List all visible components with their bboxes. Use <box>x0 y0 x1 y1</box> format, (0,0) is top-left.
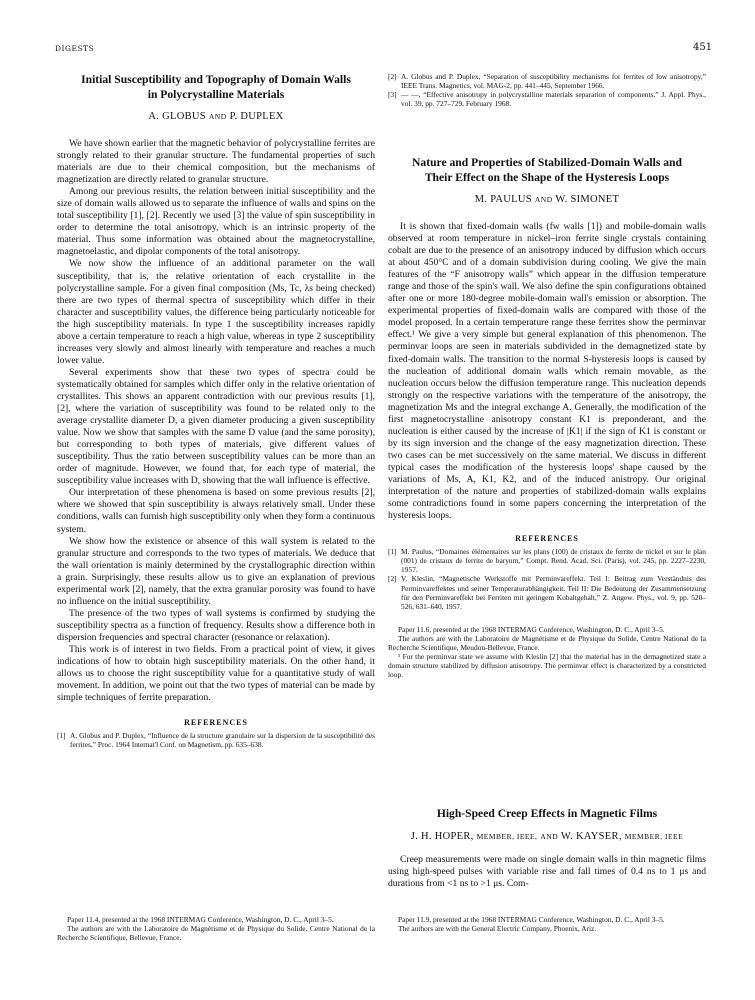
footnote: The authors are with the Laboratoire de … <box>388 634 706 652</box>
reference-item: [2] A. Globus and P. Duplex, “Separation… <box>388 72 706 90</box>
references-section: REFERENCES [1] M. Paulus, “Domaines élém… <box>388 534 706 611</box>
article-body: We have shown earlier that the magnetic … <box>57 138 375 704</box>
running-head: DIGESTS <box>55 44 94 53</box>
paragraph: We show how the existence or absence of … <box>57 536 375 608</box>
article-hoper-kayser: High-Speed Creep Effects in Magnetic Fil… <box>388 806 706 890</box>
article-title: Initial Susceptibility and Topography of… <box>57 72 375 102</box>
paragraph: It is shown that fixed-domain walls (fw … <box>388 221 706 522</box>
paragraph: Our interpretation of these phenomena is… <box>57 487 375 535</box>
footnote: Paper 11.6, presented at the 1968 INTERM… <box>388 625 706 634</box>
paragraph: This work is of interest in two fields. … <box>57 644 375 704</box>
references-section: REFERENCES [1] A. Globus and P. Duplex, … <box>57 718 375 749</box>
paragraph: Creep measurements were made on single d… <box>388 854 706 890</box>
references-heading: REFERENCES <box>57 718 375 727</box>
reference-item: [1] M. Paulus, “Domaines élémentaires su… <box>388 547 706 574</box>
footnote: Paper 11.4, presented at the 1968 INTERM… <box>57 915 375 924</box>
footnote: Paper 11.9, presented at the 1968 INTERM… <box>388 915 706 924</box>
article-authors: M. PAULUS AND W. SIMONET <box>388 194 706 205</box>
reference-item: [3] — —, “Effective anisotropy in polycr… <box>388 90 706 108</box>
footnote: The authors are with the General Electri… <box>388 924 706 933</box>
footnotes: Paper 11.4, presented at the 1968 INTERM… <box>57 915 375 942</box>
references-continued: [2] A. Globus and P. Duplex, “Separation… <box>388 72 706 108</box>
article-title: Nature and Properties of Stabilized-Doma… <box>388 155 706 185</box>
article-title: High-Speed Creep Effects in Magnetic Fil… <box>388 806 706 821</box>
article-globus-duplex: Initial Susceptibility and Topography of… <box>57 72 375 749</box>
footnote: The authors are with the Laboratoire de … <box>57 924 375 942</box>
paragraph: Several experiments show that these two … <box>57 367 375 487</box>
paragraph: Among our previous results, the relation… <box>57 186 375 258</box>
paragraph: We have shown earlier that the magnetic … <box>57 138 375 186</box>
article-body: It is shown that fixed-domain walls (fw … <box>388 221 706 522</box>
footnotes: Paper 11.9, presented at the 1968 INTERM… <box>388 915 706 933</box>
article-body: Creep measurements were made on single d… <box>388 854 706 890</box>
references-heading: REFERENCES <box>388 534 706 543</box>
article-authors: A. GLOBUS AND P. DUPLEX <box>57 111 375 122</box>
article-paulus-simonet: Nature and Properties of Stabilized-Doma… <box>388 155 706 679</box>
footnote: ¹ For the perminvar state we assume with… <box>388 652 706 679</box>
reference-item: [1] A. Globus and P. Duplex, “Influence … <box>57 731 375 749</box>
paragraph: The presence of the two types of wall sy… <box>57 608 375 644</box>
paragraph: We now show the influence of an addition… <box>57 258 375 366</box>
article-authors: J. H. HOPER, MEMBER, IEEE, AND W. KAYSER… <box>388 831 706 842</box>
footnotes: Paper 11.6, presented at the 1968 INTERM… <box>388 625 706 680</box>
reference-item: [2] V. Kleslin, “Magnetische Werkstoffe … <box>388 574 706 610</box>
page-number: 451 <box>693 42 712 53</box>
